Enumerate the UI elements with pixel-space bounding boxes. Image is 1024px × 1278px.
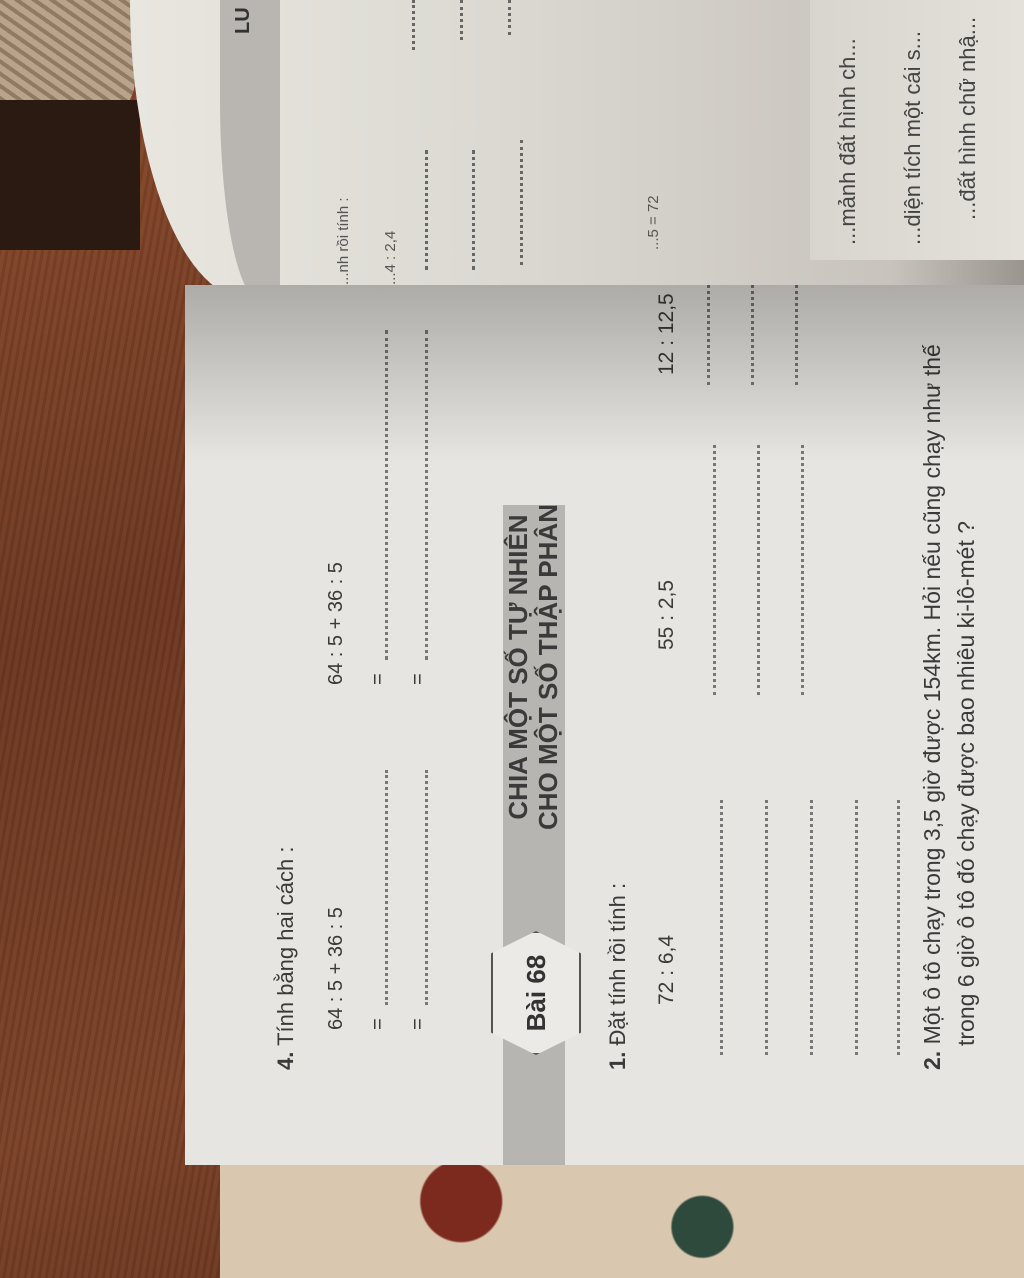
exercise-1-heading: 1. Đặt tính rồi tính : (605, 883, 631, 1070)
work-dotted-line (765, 800, 768, 1055)
work-dotted-line (810, 800, 813, 1055)
work-dotted-line (751, 285, 754, 385)
work-dotted-line (801, 445, 804, 695)
curled-page-result: ...5 = 72 (645, 195, 662, 250)
right-page-line-3: ...đất hình chữ nhậ... (955, 17, 981, 220)
exercise-1-item-3: 12 : 12,5 (655, 293, 679, 375)
curled-page-header-label: LU (232, 7, 255, 34)
work-dotted-line (757, 445, 760, 695)
curled-page-dotted-line (460, 0, 465, 40)
lesson-title: CHIA MỘT SỐ TỰ NHIÊN CHO MỘT SỐ THẬP PHÂ… (503, 504, 563, 830)
equals-sign: = (407, 1018, 430, 1030)
equals-sign: = (367, 1018, 390, 1030)
right-page-line-1: ...mảnh đất hình ch... (835, 38, 861, 245)
exercise-2-number: 2. (919, 1051, 945, 1070)
answer-dotted-line (385, 330, 388, 660)
exercise-1-number: 1. (605, 1052, 630, 1070)
exercise-4-heading: 4. Tính bằng hai cách : (273, 847, 299, 1070)
work-dotted-line (713, 445, 716, 695)
exercise-4-number: 4. (273, 1052, 298, 1070)
exercise-4-expression-1: 64 : 5 + 36 : 5 (325, 907, 348, 1030)
curled-page-dotted-line (425, 150, 430, 270)
exercise-2-line-1: Một ô tô chạy trong 3,5 giờ được 154km. … (919, 344, 945, 1044)
curled-page-expression: ...4 : 2,4 (382, 231, 399, 285)
work-dotted-line (707, 285, 710, 385)
equals-sign: = (367, 673, 390, 685)
exercise-1-item-2: 55 : 2,5 (655, 580, 679, 650)
curled-page-dotted-line (412, 0, 417, 50)
lesson-title-line-1: CHIA MỘT SỐ TỰ NHIÊN (503, 504, 533, 830)
exercise-1-item-1: 72 : 6,4 (655, 935, 679, 1005)
right-page-line-2: ...diện tích một cái s... (900, 31, 926, 245)
work-dotted-line (897, 800, 900, 1055)
curled-page-dotted-line (472, 150, 477, 270)
lesson-number-badge: Bài 68 (491, 931, 581, 1055)
lesson-number: Bài 68 (521, 955, 552, 1032)
curled-page-dotted-line (508, 0, 513, 35)
lesson-title-line-2: CHO MỘT SỐ THẬP PHÂN (533, 504, 563, 830)
workbook-page: 4. Tính bằng hai cách : 64 : 5 + 36 : 5 … (185, 285, 1024, 1165)
work-dotted-line (720, 800, 723, 1055)
work-dotted-line (795, 285, 798, 385)
curled-page-dotted-line (520, 140, 525, 265)
equals-sign: = (407, 673, 430, 685)
work-dotted-line (855, 800, 858, 1055)
tablecloth-background (220, 1150, 1024, 1278)
answer-dotted-line (385, 770, 388, 1005)
exercise-1-title: Đặt tính rồi tính : (605, 883, 630, 1046)
answer-dotted-line (425, 770, 428, 1005)
answer-dotted-line (425, 330, 428, 660)
shadow-background (0, 100, 140, 250)
curled-page-instruction: ...nh rồi tính : (335, 197, 352, 285)
exercise-4-title: Tính bằng hai cách : (273, 847, 298, 1046)
exercise-4-expression-2: 64 : 5 + 36 : 5 (325, 562, 348, 685)
